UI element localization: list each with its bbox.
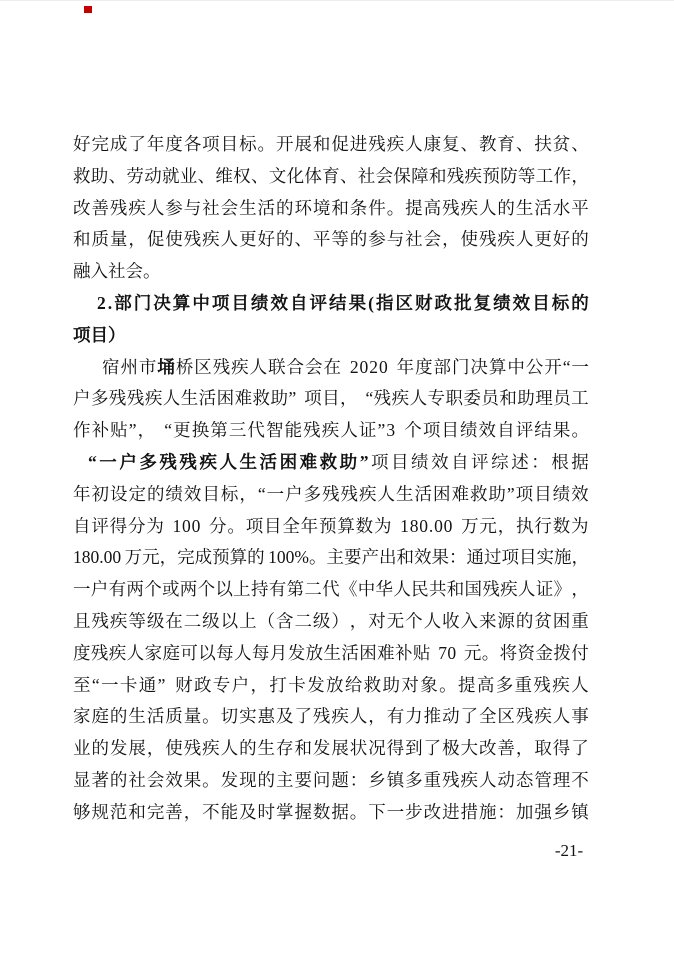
text-line: 户多残残疾人生活困难救助”项目，“残疾人专职委员和助理员工 xyxy=(73,383,589,415)
text-line: 和质量，促使残疾人更好的、平等的参与社会，使残疾人更好的 xyxy=(73,224,589,256)
text-line: 至“一卡通”财政专户，打卡发放给救助对象。提高多重残疾人 xyxy=(73,670,589,702)
text-line: 且残疾等级在二级以上（含二级），对无个人收入来源的贫困重 xyxy=(73,606,589,638)
text-line: 家庭的生活质量。切实惠及了残疾人，有力推动了全区残疾人事 xyxy=(73,701,589,733)
text-block: 好完成了年度各项目标。开展和促进残疾人康复、教育、扶贫、救助、劳动就业、维权、文… xyxy=(73,129,589,829)
text-line: 够规范和完善，不能及时掌握数据。下一步改进措施：加强乡镇 xyxy=(73,797,589,829)
text-line: 改善残疾人参与社会生活的环境和条件。提高残疾人的生活水平 xyxy=(73,193,589,225)
page-number: -21- xyxy=(548,840,590,862)
text-line: 业的发展，使残疾人的生存和发展状况得到了极大改善，取得了 xyxy=(73,733,589,765)
text-line: 作补贴”，“更换第三代智能残疾人证”3个项目绩效自评结果。 xyxy=(73,415,589,447)
text-line: 融入社会。 xyxy=(73,256,589,288)
text-line: “一户多残残疾人生活困难救助”项目绩效自评综述：根据 xyxy=(73,447,589,479)
text-line: 显著的社会效果。发现的主要问题：乡镇多重残疾人动态管理不 xyxy=(73,765,589,797)
text-line: 一户有两个或两个以上持有第二代《中华人民共和国残疾人证》， xyxy=(73,574,589,606)
red-artifact-mark xyxy=(84,6,92,13)
text-line: 自评得分为100分。项目全年预算数为180.00万元，执行数为 xyxy=(73,511,589,543)
text-line: 救助、劳动就业、维权、文化体育、社会保障和残疾预防等工作， xyxy=(73,161,589,193)
text-line: 180.00万元，完成预算的100%。主要产出和效果：通过项目实施， xyxy=(73,542,589,574)
text-line: 好完成了年度各项目标。开展和促进残疾人康复、教育、扶贫、 xyxy=(73,129,589,161)
text-line: 项目） xyxy=(73,320,589,352)
text-line: 度残疾人家庭可以每人每月发放生活困难补贴70元。将资金拨付 xyxy=(73,638,589,670)
text-line: 2.部门决算中项目绩效自评结果(指区财政批复绩效目标的 xyxy=(73,288,589,320)
document-page: 好完成了年度各项目标。开展和促进残疾人康复、教育、扶贫、救助、劳动就业、维权、文… xyxy=(0,0,674,954)
text-line: 年初设定的绩效目标，“一户多残残疾人生活困难救助”项目绩效 xyxy=(73,479,589,511)
text-line: 宿州市埇桥区残疾人联合会在2020年度部门决算中公开“一 xyxy=(73,352,589,384)
